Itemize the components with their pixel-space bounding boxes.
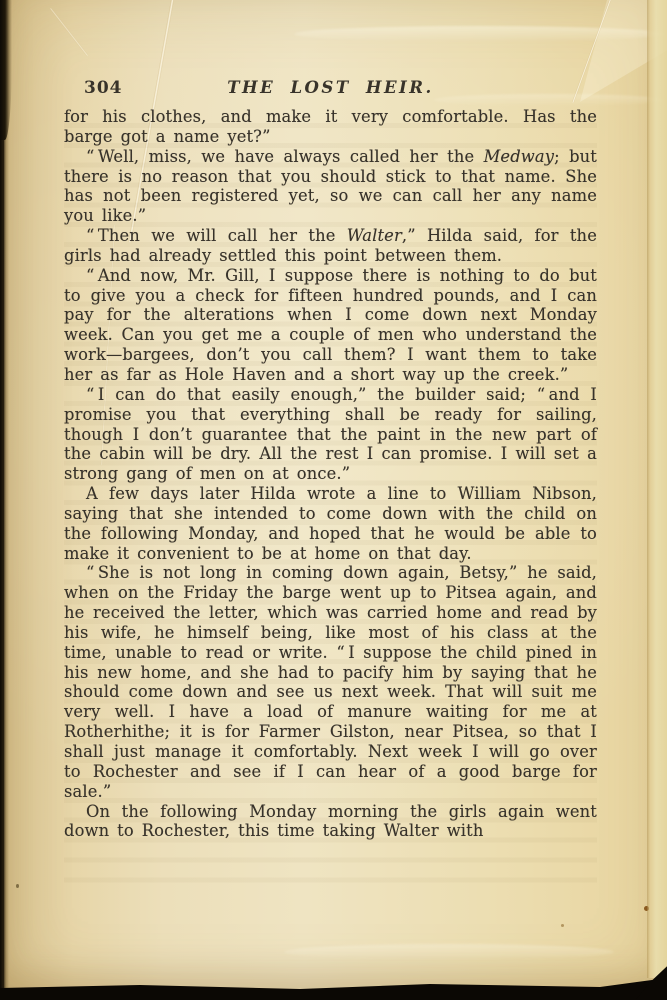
- text-run: On the following Monday morning the girl…: [64, 802, 597, 841]
- paper-speck: [16, 884, 19, 888]
- text-run: “ I can do that easily enough,” the buil…: [64, 385, 597, 483]
- paragraph: for his clothes, and make it very comfor…: [64, 107, 597, 147]
- page-stack-edge: [647, 0, 667, 978]
- paragraph: “ I can do that easily enough,” the buil…: [64, 385, 597, 484]
- running-title: THE LOST HEIR.: [64, 78, 597, 97]
- paragraph: On the following Monday morning the girl…: [64, 802, 597, 842]
- paragraph: A few days later Hilda wrote a line to W…: [64, 484, 597, 563]
- paper-streak: [284, 944, 614, 960]
- paper-speck: [561, 924, 564, 927]
- italic-text-run: Medway: [484, 147, 554, 166]
- page-text: for his clothes, and make it very comfor…: [64, 107, 597, 841]
- page-header: 304 THE LOST HEIR.: [64, 78, 597, 100]
- paper-streak: [294, 26, 664, 42]
- text-run: “ She is not long in coming down again, …: [64, 563, 597, 800]
- book-scan: 304 THE LOST HEIR. for his clothes, and …: [0, 0, 667, 1000]
- italic-text-run: Walter: [347, 226, 402, 245]
- paragraph: “ Well, miss, we have always called her …: [64, 147, 597, 226]
- binding-gutter: [0, 0, 9, 1000]
- text-run: “ And now, Mr. Gill, I suppose there is …: [64, 266, 597, 384]
- text-run: A few days later Hilda wrote a line to W…: [64, 484, 597, 563]
- paper-crease: [50, 8, 89, 57]
- paragraph: “ And now, Mr. Gill, I suppose there is …: [64, 266, 597, 385]
- text-run: for his clothes, and make it very comfor…: [64, 107, 597, 146]
- paragraph: “ She is not long in coming down again, …: [64, 563, 597, 801]
- text-run: “ Then we will call her the: [86, 226, 347, 245]
- text-run: “ Well, miss, we have always called her …: [86, 147, 484, 166]
- paragraph: “ Then we will call her the Walter,” Hil…: [64, 226, 597, 266]
